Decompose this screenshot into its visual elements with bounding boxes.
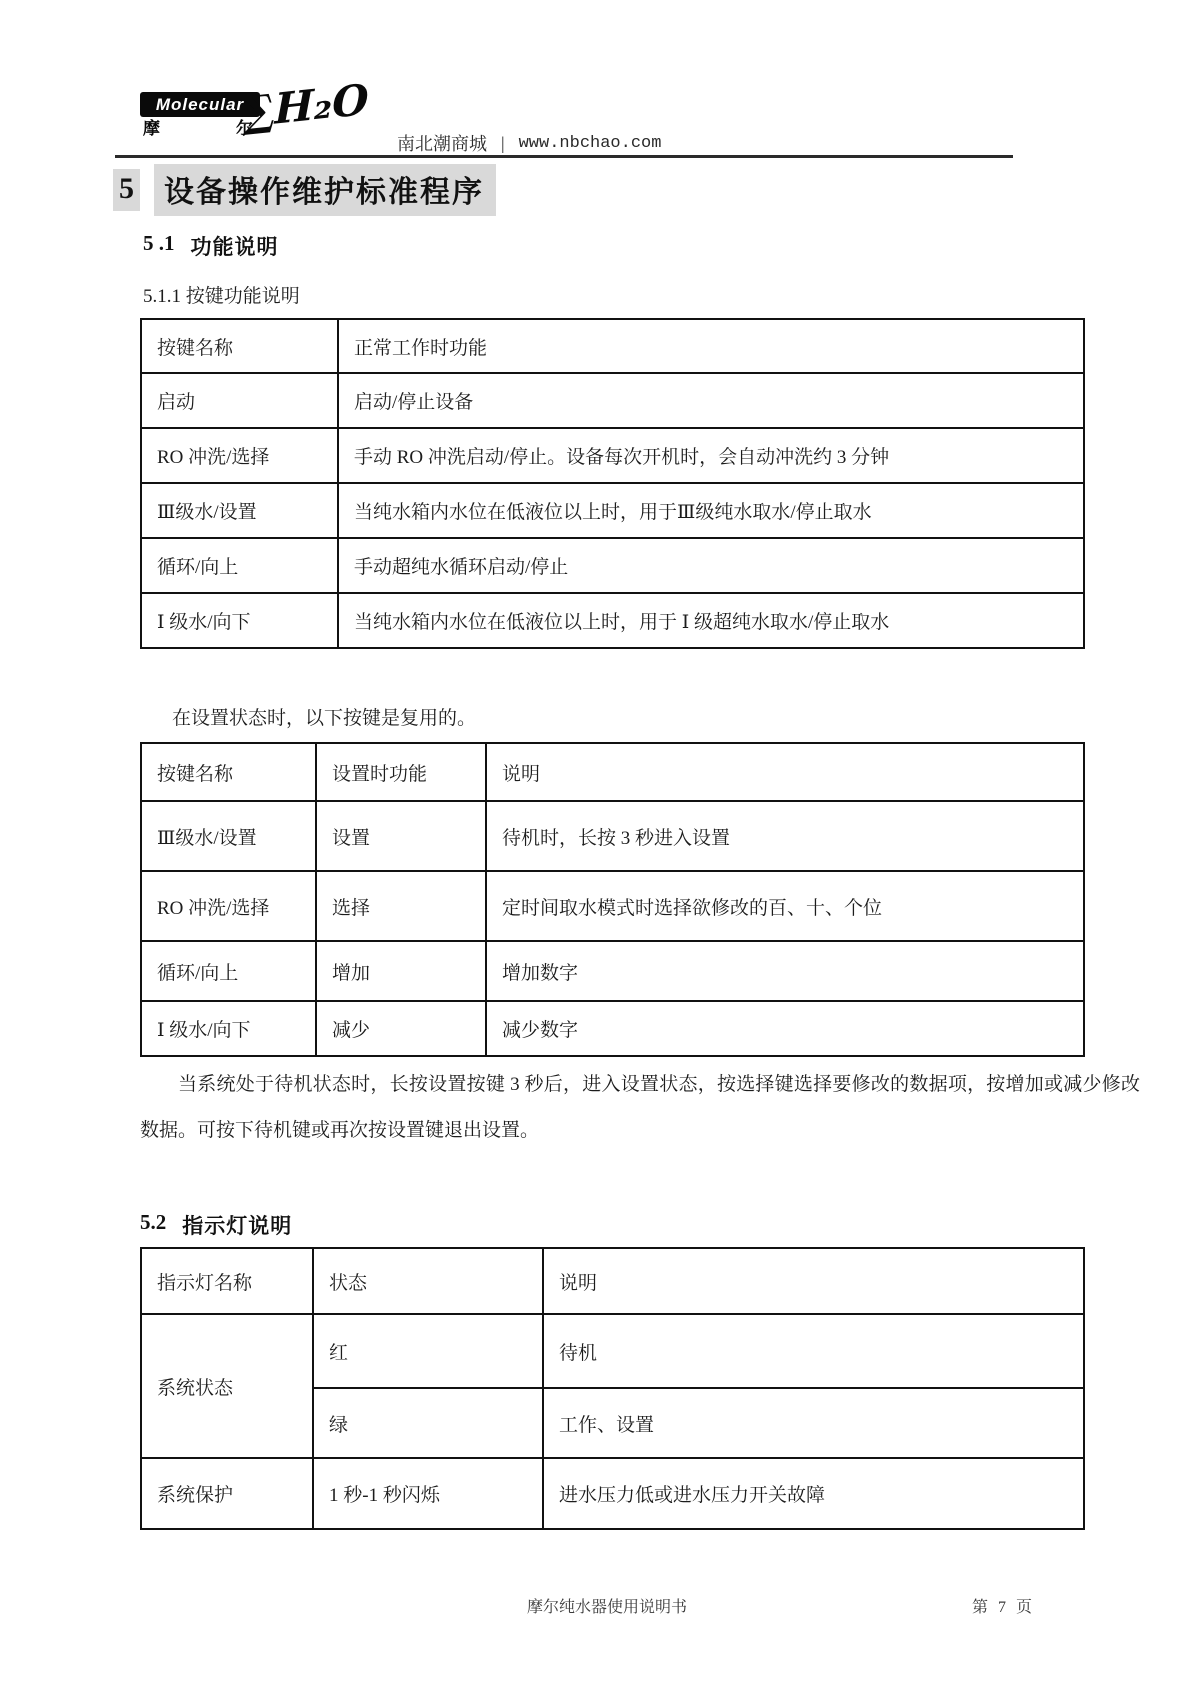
- table-row: 循环/向上 增加 增加数字: [141, 941, 1084, 1001]
- table-cell: 说明: [543, 1248, 1084, 1314]
- table-row: 按键名称 正常工作时功能: [141, 319, 1084, 373]
- table-cell: 正常工作时功能: [338, 319, 1084, 373]
- section-5-2-number: 5.2: [140, 1210, 166, 1240]
- table-cell: 增加: [316, 941, 486, 1001]
- table-cell: 减少: [316, 1001, 486, 1056]
- section-5-2-heading: 5.2 指示灯说明: [140, 1210, 292, 1240]
- section-5-title: 设备操作维护标准程序: [154, 164, 496, 216]
- table-cell: Ⅰ 级水/向下: [141, 593, 338, 648]
- table-cell: 当纯水箱内水位在低液位以上时，用于Ⅲ级纯水取水/停止取水: [338, 483, 1084, 538]
- setting-instructions-paragraph: 当系统处于待机状态时，长按设置按键 3 秒后，进入设置状态，按选择键选择要修改的…: [140, 1062, 1140, 1154]
- table-cell: 1 秒-1 秒闪烁: [313, 1458, 543, 1529]
- table-cell: 系统保护: [141, 1458, 313, 1529]
- brand-formula-logo: ∑H₂O: [243, 75, 369, 137]
- table-cell: 减少数字: [486, 1001, 1084, 1056]
- table-cell: 说明: [486, 743, 1084, 801]
- table-cell: 按键名称: [141, 743, 316, 801]
- table-cell: 绿: [313, 1388, 543, 1458]
- table-cell: 按键名称: [141, 319, 338, 373]
- table-cell: 红: [313, 1314, 543, 1388]
- header-divider-rule: [115, 155, 1013, 158]
- footer-doc-title: 摩尔纯水器使用说明书: [527, 1594, 687, 1617]
- table-row: Ⅰ 级水/向下 减少 减少数字: [141, 1001, 1084, 1056]
- section-5-1-number: 5 .1: [143, 231, 175, 261]
- table-row: 循环/向上 手动超纯水循环启动/停止: [141, 538, 1084, 593]
- table-row: Ⅰ 级水/向下 当纯水箱内水位在低液位以上时，用于 Ⅰ 级超纯水取水/停止取水: [141, 593, 1084, 648]
- table-row: 指示灯名称 状态 说明: [141, 1248, 1084, 1314]
- table-cell: Ⅲ级水/设置: [141, 801, 316, 871]
- brand-name-cn: 摩 尔: [143, 114, 253, 134]
- footer-page-number: 第 7 页: [972, 1594, 1035, 1617]
- table-row: RO 冲洗/选择 手动 RO 冲洗启动/停止。设备每次开机时，会自动冲洗约 3 …: [141, 428, 1084, 483]
- table-cell: 设置时功能: [316, 743, 486, 801]
- table-row: 按键名称 设置时功能 说明: [141, 743, 1084, 801]
- table-cell: RO 冲洗/选择: [141, 428, 338, 483]
- section-5-1-title: 功能说明: [191, 231, 279, 261]
- brand-cn-char-left: 摩: [143, 114, 160, 134]
- site-header: 南北潮商城 | www.nbchao.com: [397, 131, 661, 155]
- table-row: Ⅲ级水/设置 当纯水箱内水位在低液位以上时，用于Ⅲ级纯水取水/停止取水: [141, 483, 1084, 538]
- table-cell: 当纯水箱内水位在低液位以上时，用于 Ⅰ 级超纯水取水/停止取水: [338, 593, 1084, 648]
- table-row: RO 冲洗/选择 选择 定时间取水模式时选择欲修改的百、十、个位: [141, 871, 1084, 941]
- table-cell: 工作、设置: [543, 1388, 1084, 1458]
- table-cell: 状态: [313, 1248, 543, 1314]
- section-5-1-1-heading: 5.1.1 按键功能说明: [143, 281, 300, 308]
- table-cell-rowspan: 系统状态: [141, 1314, 313, 1458]
- table-cell: 待机时，长按 3 秒进入设置: [486, 801, 1084, 871]
- site-name: 南北潮商城: [397, 130, 487, 156]
- table-cell: 定时间取水模式时选择欲修改的百、十、个位: [486, 871, 1084, 941]
- table-cell: 循环/向上: [141, 538, 338, 593]
- table-cell: 指示灯名称: [141, 1248, 313, 1314]
- indicator-light-table: 指示灯名称 状态 说明 系统状态 红 待机 绿 工作、设置 系统保护 1 秒-1…: [140, 1247, 1085, 1530]
- table-cell: 待机: [543, 1314, 1084, 1388]
- table-cell: 选择: [316, 871, 486, 941]
- table-cell: 启动: [141, 373, 338, 428]
- key-function-table: 按键名称 正常工作时功能 启动 启动/停止设备 RO 冲洗/选择 手动 RO 冲…: [140, 318, 1085, 649]
- document-page: Molecular 摩 尔 ∑H₂O 南北潮商城 | www.nbchao.co…: [0, 0, 1200, 1697]
- table-cell: 进水压力低或进水压力开关故障: [543, 1458, 1084, 1529]
- section-5-2-title: 指示灯说明: [182, 1210, 292, 1240]
- table-row: 系统保护 1 秒-1 秒闪烁 进水压力低或进水压力开关故障: [141, 1458, 1084, 1529]
- header-separator: |: [501, 133, 505, 154]
- table-cell: 设置: [316, 801, 486, 871]
- table-row: Ⅲ级水/设置 设置 待机时，长按 3 秒进入设置: [141, 801, 1084, 871]
- table-cell: 手动 RO 冲洗启动/停止。设备每次开机时，会自动冲洗约 3 分钟: [338, 428, 1084, 483]
- site-url: www.nbchao.com: [519, 134, 662, 153]
- setting-mode-note: 在设置状态时，以下按键是复用的。: [172, 703, 476, 730]
- table-cell: 手动超纯水循环启动/停止: [338, 538, 1084, 593]
- table-cell: 启动/停止设备: [338, 373, 1084, 428]
- brand-name-en: Molecular: [156, 95, 244, 115]
- table-cell: Ⅲ级水/设置: [141, 483, 338, 538]
- section-5-number: 5: [113, 169, 140, 211]
- section-5-1-heading: 5 .1 功能说明: [143, 231, 279, 261]
- table-row: 系统状态 红 待机: [141, 1314, 1084, 1388]
- setting-key-table: 按键名称 设置时功能 说明 Ⅲ级水/设置 设置 待机时，长按 3 秒进入设置 R…: [140, 742, 1085, 1057]
- table-cell: Ⅰ 级水/向下: [141, 1001, 316, 1056]
- table-cell: RO 冲洗/选择: [141, 871, 316, 941]
- section-5-heading: 5 设备操作维护标准程序: [113, 168, 496, 212]
- table-cell: 增加数字: [486, 941, 1084, 1001]
- table-row: 启动 启动/停止设备: [141, 373, 1084, 428]
- table-cell: 循环/向上: [141, 941, 316, 1001]
